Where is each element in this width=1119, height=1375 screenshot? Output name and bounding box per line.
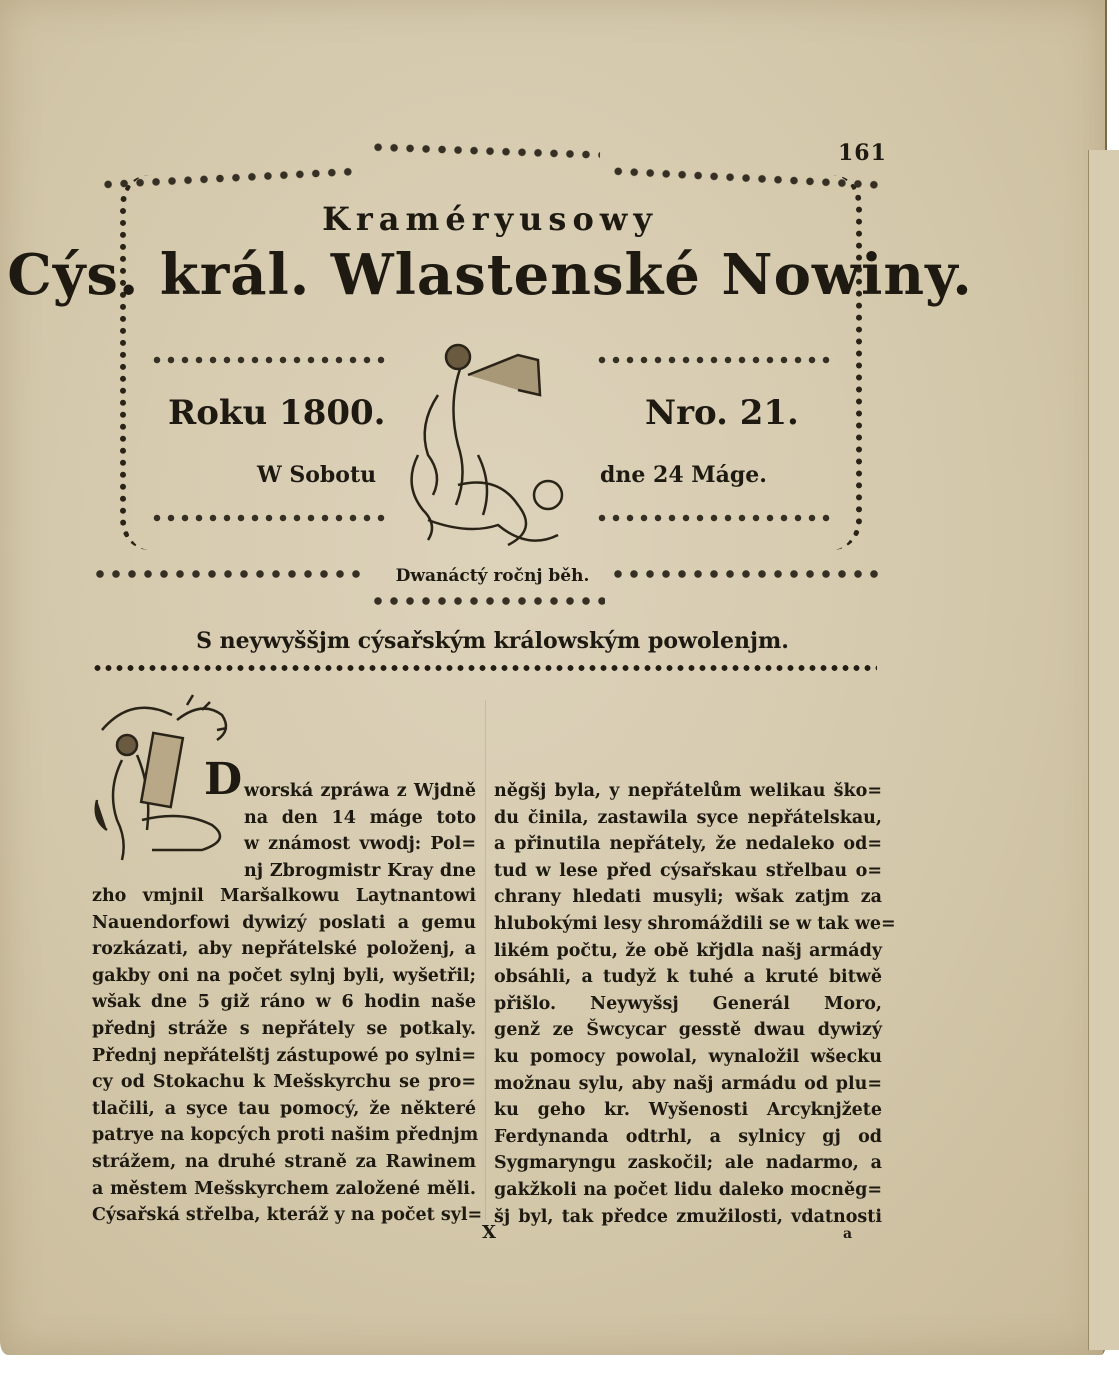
- article-left-column: zho vmjnil Maršalkowu Laytnantowi Nauend…: [92, 883, 476, 1229]
- text-line: obsáhli, a tudyž k tuhé a kruté bitwě: [494, 964, 882, 991]
- signature-mark: X: [482, 1222, 496, 1243]
- text-line: tud w lese před cýsařskau střelbau o=: [494, 858, 882, 885]
- text-line: na den 14 máge toto: [244, 805, 476, 832]
- text-line: gakžkoli na počet lidu daleko mocněg=: [494, 1177, 882, 1204]
- text-line: hlubokými lesy shromáždili se w tak we=: [494, 911, 882, 938]
- text-line: gakby oni na počet sylnj byli, wyšetřil;: [92, 963, 476, 990]
- article-left-column-indented: worská zpráwa z Wjdně na den 14 máge tot…: [244, 778, 476, 884]
- imperial-privilege-line: S neywyššjm cýsařským králowským powolen…: [0, 628, 985, 654]
- text-line: přišlo. Neywyšsj Generál Moro,: [494, 991, 882, 1018]
- issue-day: W Sobotu: [257, 462, 376, 488]
- text-line: Přednj nepřátelštj zástupowé po sylni=: [92, 1043, 476, 1070]
- text-line: tlačili, a syce tau pomocý, že některé: [92, 1096, 476, 1123]
- text-line: worská zpráwa z Wjdně: [244, 778, 476, 805]
- text-line: Nauendorfowi dywizý poslati a gemu: [92, 910, 476, 937]
- leaf-border-lower-right: [595, 513, 830, 523]
- text-line: genž ze Šwcycar gesstě dwau dywizý: [494, 1017, 882, 1044]
- text-line: nj Zbrogmistr Kray dne: [244, 858, 476, 885]
- text-line: ku pomocy powolal, wynaložil wšecku: [494, 1044, 882, 1071]
- text-line: zho vmjnil Maršalkowu Laytnantowi: [92, 883, 476, 910]
- cherub-herald-vignette-icon: [398, 335, 573, 555]
- text-line: w známost vwodj: Pol=: [244, 831, 476, 858]
- ornamental-rule: [92, 664, 877, 674]
- text-line: možnau sylu, aby našj armádu od plu=: [494, 1071, 882, 1098]
- leaf-border-upper-right: [595, 355, 830, 365]
- text-line: Cýsařská střelba, kteráž y na počet syl=: [92, 1202, 476, 1229]
- underlying-page-edge: [1088, 150, 1119, 1350]
- leaf-border-upper-left: [150, 355, 385, 365]
- text-line: Ferdynanda odtrhl, a sylnicy gj od: [494, 1124, 882, 1151]
- text-line: chrany hledati musyli; wšak zatjm za: [494, 884, 882, 911]
- issue-year: Roku 1800.: [168, 393, 386, 433]
- masthead-title: Cýs. král. Wlastenské Nowiny.: [0, 242, 980, 308]
- text-line: cy od Stokachu k Mešskyrchu se pro=: [92, 1069, 476, 1096]
- text-line: wšak dne 5 giž ráno w 6 hodin naše: [92, 989, 476, 1016]
- article-right-column: něgšj byla, y nepřátelům welikau ško= du…: [494, 778, 882, 1230]
- text-line: du činila, zastawila syce nepřátelskau,: [494, 805, 882, 832]
- issue-date: dne 24 Máge.: [600, 462, 767, 488]
- text-line: strážem, na druhé straně za Rawinem: [92, 1149, 476, 1176]
- issue-number: Nro. 21.: [645, 393, 799, 433]
- text-line: a městem Mešskyrchem založené měli.: [92, 1176, 476, 1203]
- text-line: Sygmaryngu zaskočil; ale nadarmo, a: [494, 1150, 882, 1177]
- page-number: 161: [838, 140, 887, 166]
- leaf-border-lower-left: [150, 513, 385, 523]
- text-line: rozkázati, aby nepřátelské položenj, a: [92, 936, 476, 963]
- drop-cap-letter: D: [204, 758, 242, 802]
- text-line: přednj stráže s nepřátely se potkaly.: [92, 1016, 476, 1043]
- text-line: šj byl, tak předce zmužilosti, vdatnosti: [494, 1204, 882, 1231]
- text-line: ku geho kr. Wyšenosti Arcyknjžete: [494, 1097, 882, 1124]
- text-line: něgšj byla, y nepřátelům welikau ško=: [494, 778, 882, 805]
- text-line: a přinutila nepřátely, že nedaleko od=: [494, 831, 882, 858]
- masthead-subtitle: Kraméryusowy: [0, 200, 980, 238]
- column-gutter: [485, 700, 486, 1220]
- volume-label: Dwanáctý ročnj běh.: [0, 566, 985, 586]
- floral-garland-bottom-center: [370, 595, 605, 609]
- text-line: likém počtu, že obě křjdla našj armády: [494, 938, 882, 965]
- text-line: patrye na kopcých proti našim přednjm: [92, 1122, 476, 1149]
- catchword: a: [843, 1226, 852, 1242]
